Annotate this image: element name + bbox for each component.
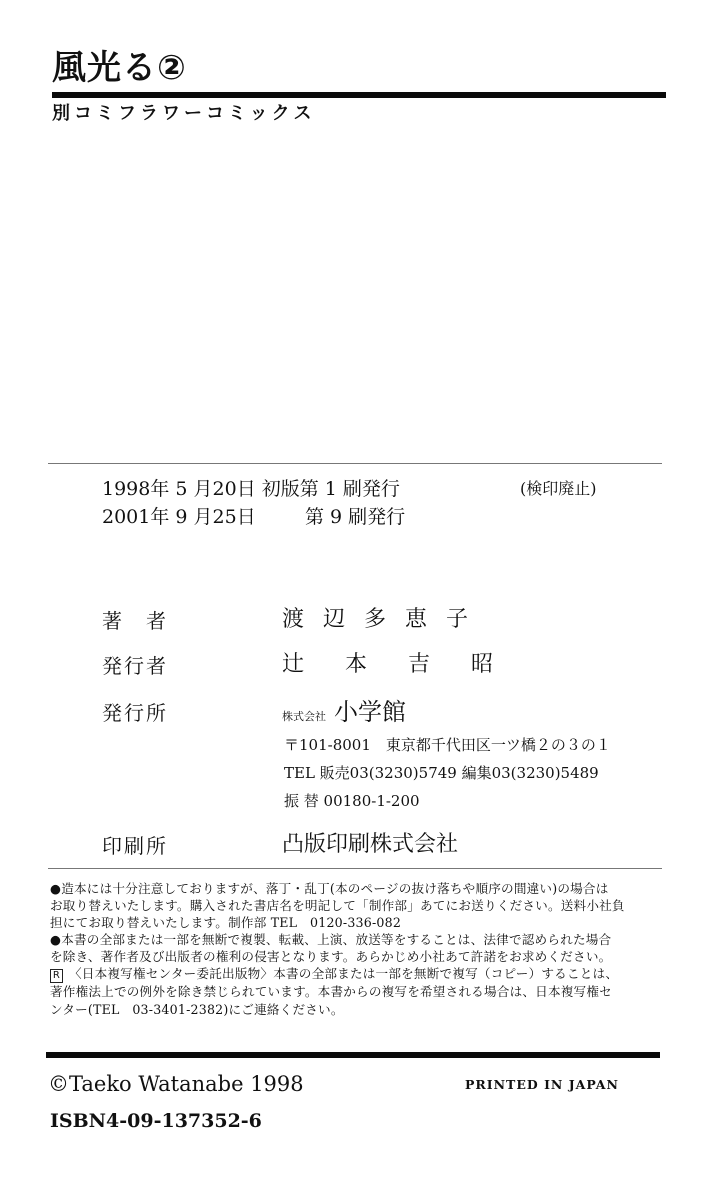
printer-name: 凸版印刷株式会社: [282, 830, 458, 860]
publisher-label: 発行所: [102, 699, 168, 727]
latest-print-count: 第 9 刷発行: [305, 504, 405, 530]
publisher-prefix: 株式会社: [282, 710, 326, 723]
printer-label: 印刷所: [102, 832, 168, 860]
legal-notice: ●造本には十分注意しておりますが、落丁・乱丁(本のページの抜け落ちや順序の間違い…: [50, 880, 670, 1018]
notice-line: を除き、著作者及び出版者の権利の侵害となります。あらかじめ小社あて許諾をお求めく…: [50, 948, 670, 965]
isbn: ISBN4-09-137352-6: [50, 1108, 262, 1134]
r-mark-icon: R: [50, 969, 63, 983]
notice-line: 著作権法上での例外を除き禁じられています。本書からの複写を希望される場合は、日本…: [50, 983, 670, 1000]
copyright: ©Taeko Watanabe 1998: [48, 1070, 304, 1098]
edition-top-rule: [48, 463, 662, 464]
author-label: 著 者: [102, 607, 168, 635]
notice-line: ●本書の全部または一部を無断で複製、転載、上演、放送等をすることは、法律で認めら…: [50, 931, 670, 948]
series-name: 別コミフラワーコミックス: [52, 102, 315, 126]
seal-notice: (検印廃止): [520, 477, 597, 501]
publisher-name: 小学館: [334, 698, 406, 726]
book-title: 風光る②: [52, 48, 187, 88]
publisher-person-label: 発行者: [102, 652, 168, 680]
notice-line: ●造本には十分注意しておりますが、落丁・乱丁(本のページの抜け落ちや順序の間違い…: [50, 880, 670, 897]
publisher-address: 〒101-8001 東京都千代田区一ツ橋２の３の１: [284, 734, 611, 756]
publisher-transfer: 振 替 00180-1-200: [284, 790, 420, 812]
notice-line-r: R〈日本複写権センター委託出版物〉本書の全部または一部を無断で複写（コピー）する…: [50, 965, 670, 983]
notice-line: 担にてお取り替えいたします。制作部 TEL 0120-336-082: [50, 914, 670, 931]
latest-print-date: 2001年 9 月25日: [102, 504, 256, 530]
first-print-line: 1998年 5 月20日 初版第 1 刷発行: [102, 476, 400, 502]
notice-top-rule: [48, 868, 662, 869]
notice-line: お取り替えいたします。購入された書店名を明記して「制作部」あてにお送りください。…: [50, 897, 670, 914]
publisher-block: 株式会社小学館: [282, 697, 406, 733]
publisher-person-name: 辻 本 吉 昭: [282, 650, 497, 680]
footer-rule: [46, 1052, 660, 1058]
publisher-tel: TEL 販売03(3230)5749 編集03(3230)5489: [284, 762, 599, 784]
printed-in-japan: PRINTED IN JAPAN: [465, 1076, 619, 1094]
notice-line: ンター(TEL 03-3401-2382)にご連絡ください。: [50, 1001, 670, 1018]
notice-line-text: 〈日本複写権センター委託出版物〉本書の全部または一部を無断で複写（コピー）するこ…: [69, 966, 618, 981]
author-name: 渡 辺 多 恵 子: [282, 605, 474, 635]
header-rule: [52, 92, 666, 98]
